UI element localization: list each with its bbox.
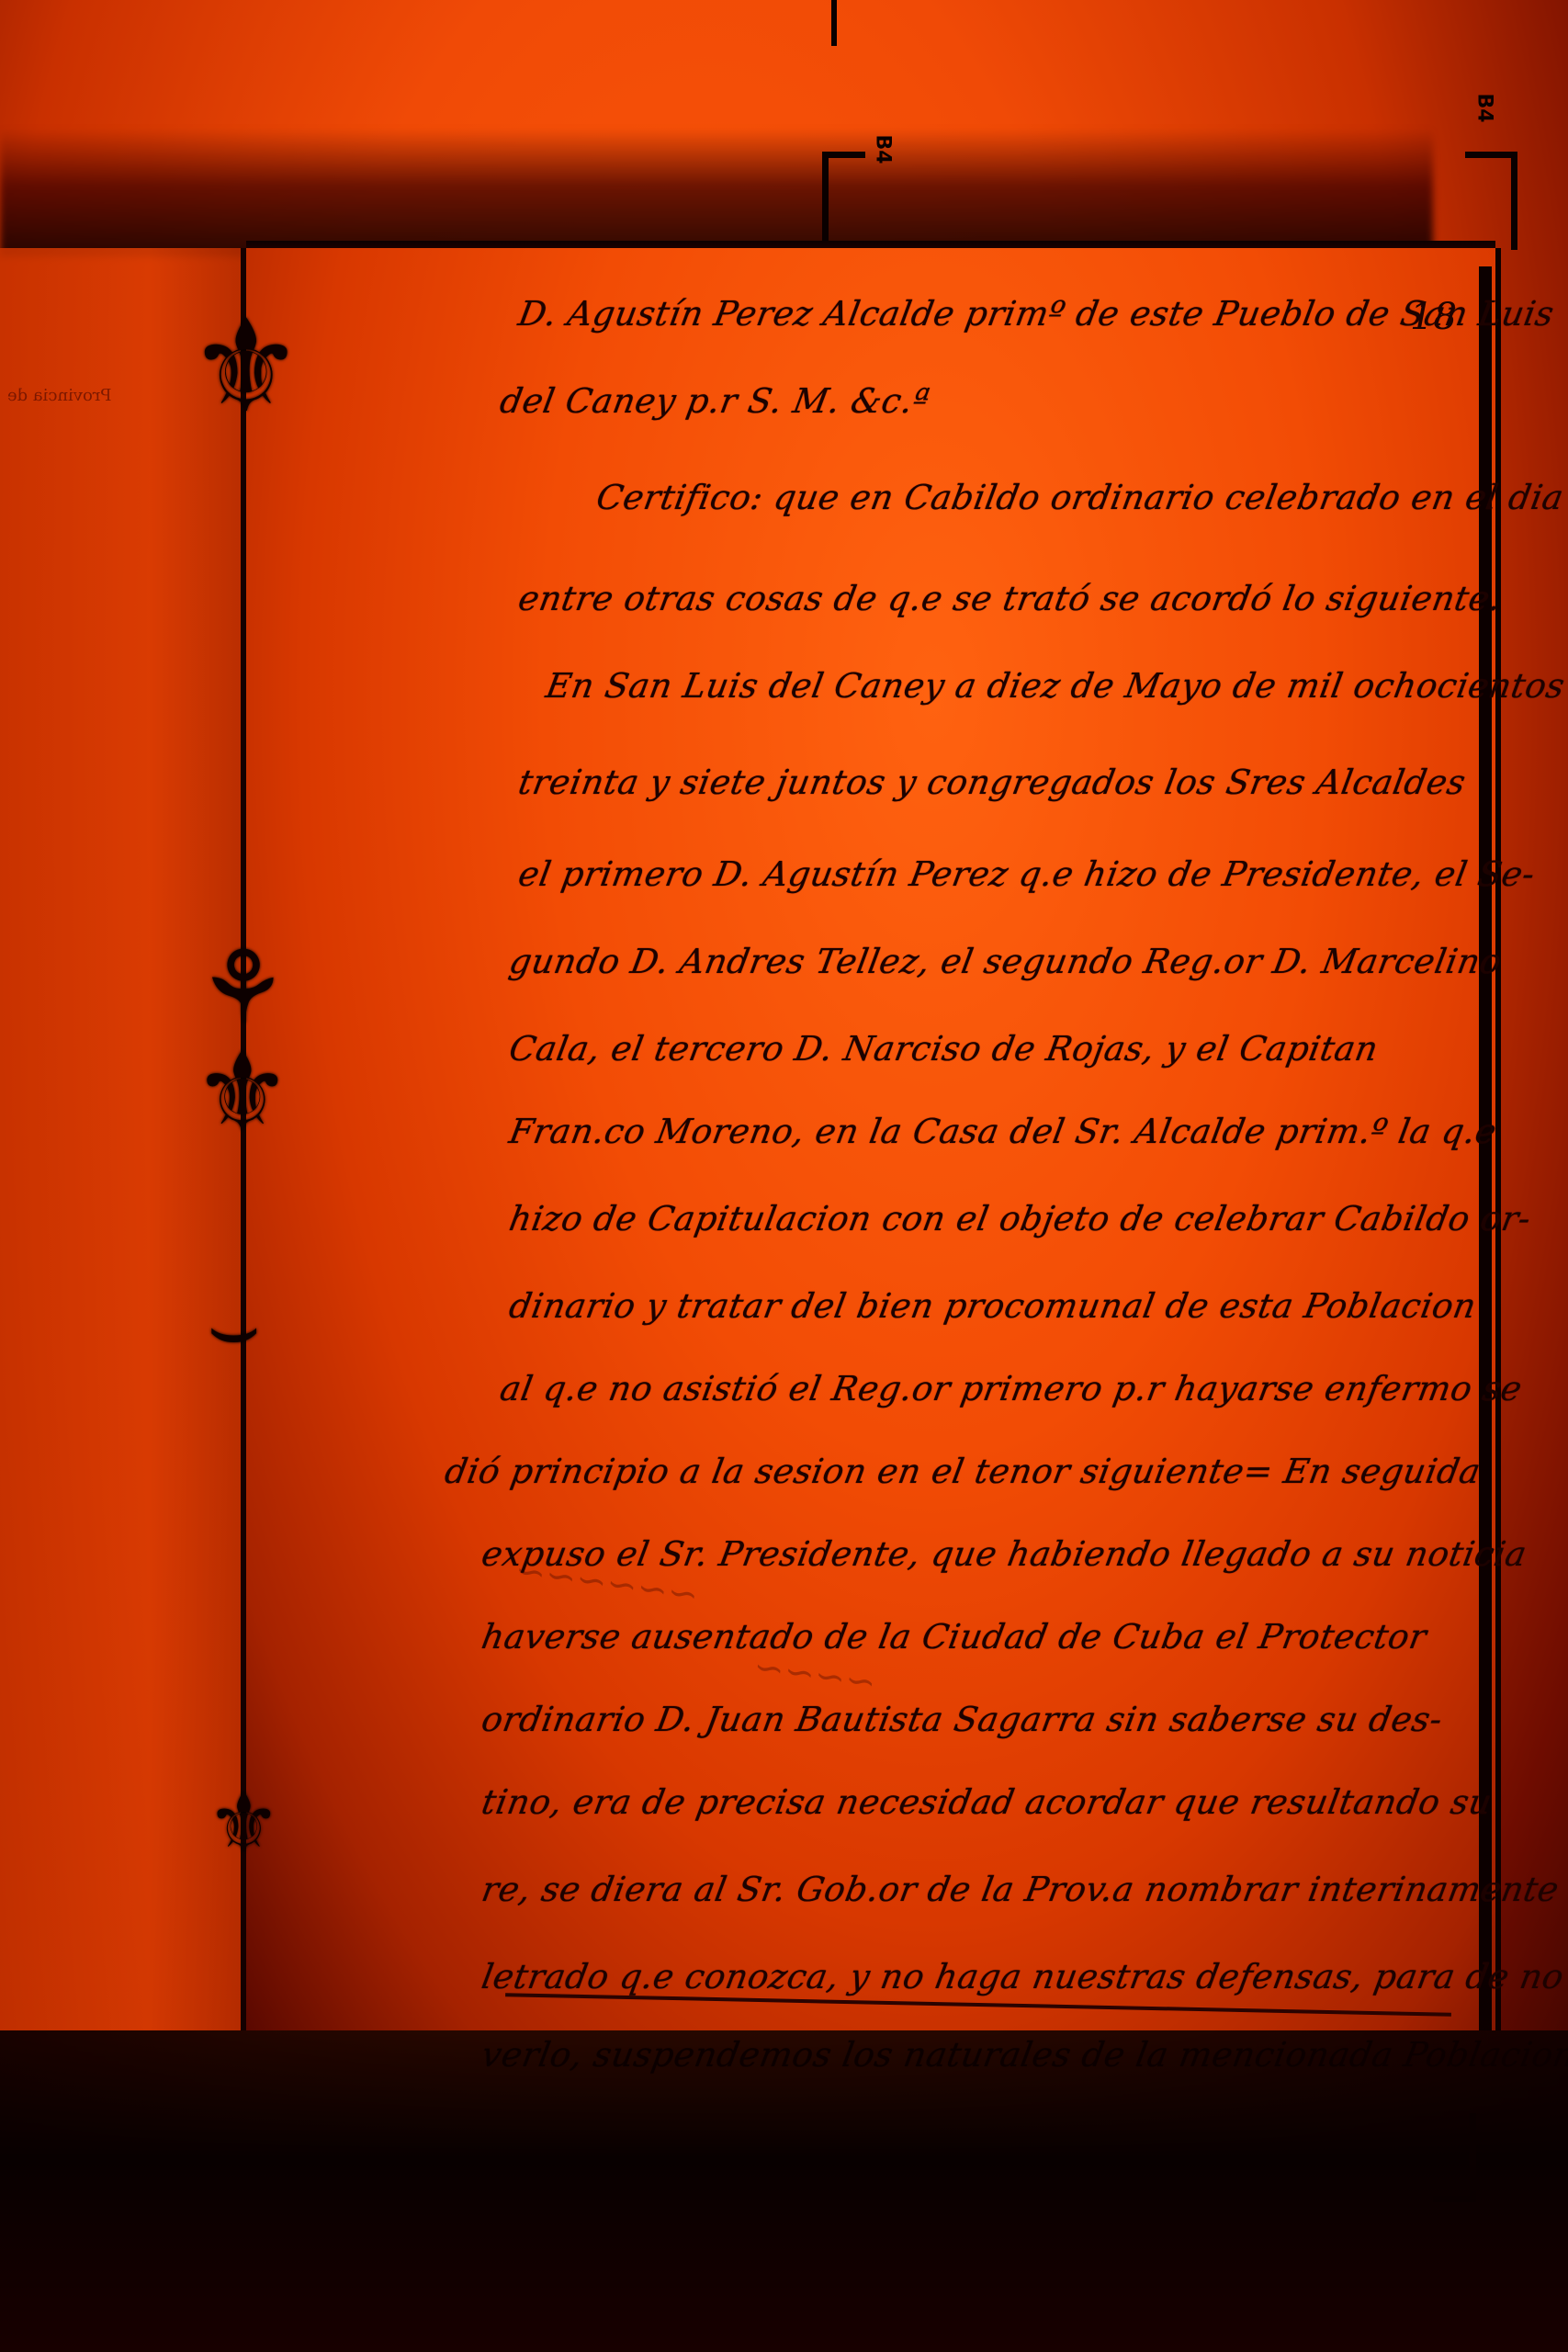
crop-mark-bottom-right	[1433, 2113, 1476, 2202]
crop-mark-top-left	[822, 152, 865, 241]
manuscript-line: haverse ausentado de la Ciudad de Cuba e…	[479, 1617, 1429, 1657]
manuscript-line: Fran.co Moreno, en la Casa del Sr. Alcal…	[506, 1112, 1499, 1151]
manuscript-line: tino, era de precisa necesidad acordar q…	[479, 1782, 1495, 1822]
manuscript-line: expuso el Sr. Presidente, que habiendo l…	[479, 1534, 1529, 1574]
spine-ornament-icon: ⚜	[188, 303, 304, 432]
manuscript-line: gundo D. Andres Tellez, el segundo Reg.o…	[506, 942, 1505, 981]
manuscript-line: el primero D. Agustín Perez q.e hizo de …	[515, 854, 1538, 894]
crop-mark-line	[831, 0, 837, 46]
crop-mark-top-right	[1465, 152, 1517, 250]
manuscript-line: dinario y tratar del bien procomunal de …	[506, 1286, 1479, 1326]
spine-ornament-icon: ⚜	[207, 1782, 281, 1865]
manuscript-line: del Caney p.r S. M. &c.ª	[497, 381, 932, 421]
spine-ornament-icon: ⌣	[207, 1286, 261, 1369]
manuscript-line: entre otras cosas de q.e se trató se aco…	[515, 579, 1504, 618]
manuscript-line: ordinario D. Juan Bautista Sagarra sin s…	[479, 1700, 1446, 1739]
manuscript-line: Cala, el tercero D. Narciso de Rojas, y …	[506, 1029, 1382, 1069]
manuscript-line: En San Luis del Caney a diez de Mayo de …	[543, 666, 1568, 706]
binding-shadow	[0, 129, 1433, 257]
manuscript-line: hizo de Capitulacion con el objeto de ce…	[506, 1199, 1534, 1238]
left-page-mirror-print: Provincia de	[7, 386, 112, 405]
manuscript-line: Certifico: que en Cabildo ordinario cele…	[593, 478, 1568, 517]
manuscript-line: dió principio a la sesion en el tenor si…	[442, 1452, 1483, 1491]
crop-mark-label: B4	[872, 134, 895, 164]
manuscript-line: al q.e no asistió el Reg.or primero p.r …	[497, 1369, 1525, 1408]
bottom-shadow	[0, 2030, 1568, 2352]
manuscript-line: treinta y siete juntos y congregados los…	[515, 763, 1469, 802]
spine-ornament-icon: ⚜	[193, 1038, 292, 1148]
manuscript-line: D. Agustín Perez Alcalde primº de este P…	[515, 294, 1557, 334]
crop-mark-label: B4	[1473, 93, 1496, 122]
manuscript-line: letrado q.e conozca, y no haga nuestras …	[479, 1957, 1567, 1996]
spine-ornament-icon: ⚘	[197, 937, 288, 1038]
manuscript-line: re, se diera al Sr. Gob.or de la Prov.a …	[479, 1870, 1562, 1909]
